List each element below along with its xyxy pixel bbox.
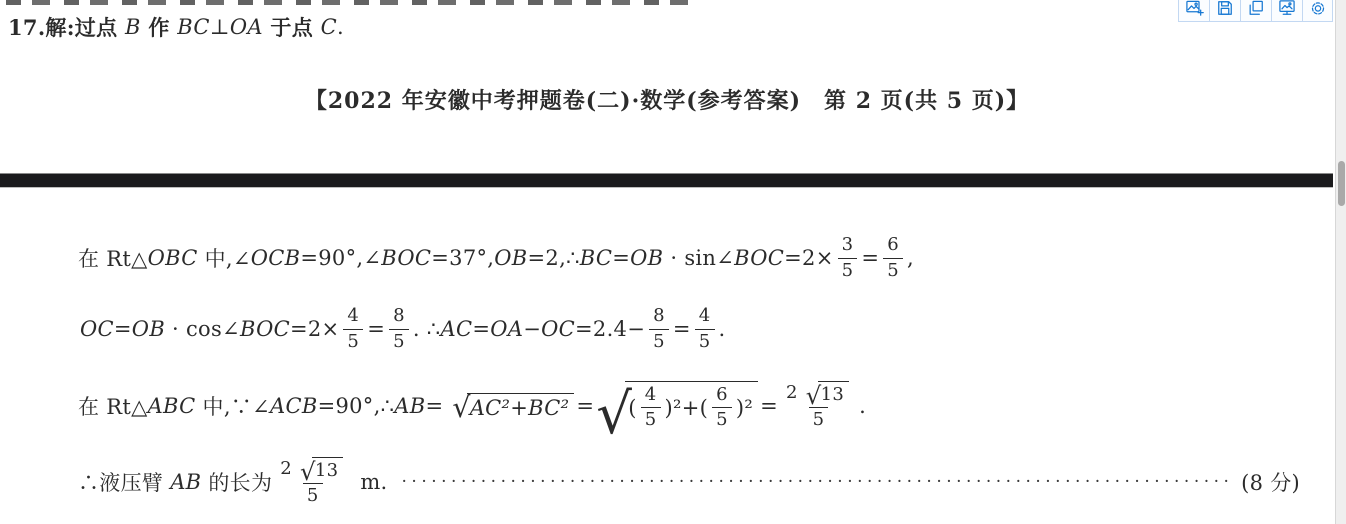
math-text: =	[612, 246, 630, 270]
math-text: =	[760, 394, 778, 418]
radicand: (45)²+(65)²	[625, 381, 758, 432]
math-text: =	[425, 394, 450, 418]
math-text: 17.解:过点	[8, 12, 125, 42]
add-image-button[interactable]	[1178, 0, 1209, 22]
math-text: =2×	[290, 317, 339, 341]
math-text: 13	[315, 460, 339, 483]
radicand: 13	[818, 381, 850, 407]
sqrt-expression: √13	[300, 457, 343, 483]
math-text: .	[337, 15, 344, 39]
math-text: 在 Rt△	[78, 243, 148, 273]
clipped-text-fragments	[6, 0, 694, 5]
denominator: 5	[343, 329, 363, 354]
math-text: 于点	[263, 12, 321, 42]
math-text: )²	[736, 396, 753, 420]
sqrt-expression: √(45)²+(65)²	[596, 381, 758, 432]
math-text: OCB	[251, 246, 301, 270]
numerator: 4	[641, 384, 661, 408]
math-text: BOC	[381, 246, 431, 270]
math-text: =	[472, 317, 490, 341]
fraction: 45	[695, 305, 715, 353]
math-text: =	[861, 246, 879, 270]
math-text: · cos∠	[165, 317, 240, 341]
fraction: 85	[389, 305, 409, 353]
fraction: 85	[649, 305, 669, 353]
math-text: =	[576, 394, 594, 418]
math-text: =90°,∠	[300, 246, 381, 270]
math-text: =2×	[784, 246, 833, 270]
math-text: =90°,∴	[318, 394, 395, 418]
solution-line-1: 在 Rt△OBC 中,∠OCB=90°,∠BOC=37°,OB=2,∴BC=OB…	[78, 226, 914, 290]
fraction: 65	[712, 384, 732, 432]
radical-sign: √	[596, 393, 632, 437]
numerator: 4	[695, 305, 715, 329]
math-text: (8 分)	[1241, 467, 1300, 497]
denominator: 5	[712, 407, 732, 432]
math-text: OC	[80, 317, 114, 341]
math-text: .	[859, 394, 866, 418]
save-button[interactable]	[1209, 0, 1240, 22]
math-text: .	[719, 317, 726, 341]
fraction: 2 √135	[782, 381, 855, 432]
fraction: 2 √135	[276, 457, 349, 508]
math-text: OB	[494, 246, 527, 270]
numerator: 2 √13	[276, 457, 349, 484]
fraction: 45	[641, 384, 661, 432]
math-text: OB	[630, 246, 663, 270]
radical-sign: √	[452, 395, 470, 421]
math-text: =37°,	[431, 246, 494, 270]
scrollbar-track	[1335, 0, 1346, 524]
document-viewer: 17.解:过点 B 作 BC⊥OA 于点 C. 【2022 年安徽中考押题卷(二…	[0, 0, 1346, 524]
math-text: AB	[394, 394, 425, 418]
numerator: 4	[343, 305, 363, 329]
viewer-toolbar	[1178, 0, 1333, 22]
math-text: =2.4−	[575, 317, 645, 341]
math-text: 中,∠	[198, 243, 251, 273]
fraction: 45	[343, 305, 363, 353]
math-text: OC	[541, 317, 575, 341]
dotted-leader: ········································…	[402, 472, 1232, 492]
math-text: BC	[177, 15, 210, 39]
denominator: 5	[389, 329, 409, 354]
math-text: ∴液压臂	[78, 467, 170, 497]
radical-sign: √	[806, 385, 822, 407]
math-text: . ∴	[413, 317, 441, 341]
solution-line-3: 在 Rt△ABC 中,∵∠ACB=90°,∴AB= √AC²+BC²=√(45)…	[78, 364, 866, 448]
add-image-icon	[1184, 0, 1204, 18]
math-text: AB	[170, 470, 201, 494]
math-text: ,	[907, 246, 914, 270]
numerator: 2 √13	[782, 381, 855, 408]
math-text: =2,∴	[528, 246, 580, 270]
math-text: ⊥	[210, 15, 230, 39]
settings-button[interactable]	[1302, 0, 1333, 22]
denominator: 5	[883, 258, 903, 283]
math-text: )²+(	[665, 396, 709, 420]
math-text: BC	[580, 246, 613, 270]
sqrt-expression: √13	[806, 381, 849, 407]
math-text: · sin∠	[663, 246, 734, 270]
math-text: 在 Rt△	[78, 391, 148, 421]
radicand: 13	[312, 457, 344, 483]
numerator: 3	[838, 234, 858, 258]
math-text: AC	[440, 317, 472, 341]
numerator: 8	[389, 305, 409, 329]
numerator: 6	[883, 234, 903, 258]
denominator: 5	[695, 329, 715, 354]
math-text: −	[523, 317, 541, 341]
math-text: ABC	[148, 394, 196, 418]
settings-icon	[1308, 0, 1328, 18]
page-divider-bar	[0, 173, 1333, 188]
math-text: 2	[280, 458, 298, 481]
math-text: m.	[353, 470, 387, 494]
scanned-page: 17.解:过点 B 作 BC⊥OA 于点 C. 【2022 年安徽中考押题卷(二…	[0, 0, 1334, 524]
math-text: OA	[490, 317, 523, 341]
scrollbar-thumb[interactable]	[1338, 161, 1345, 206]
denominator: 5	[303, 483, 323, 508]
fraction: 65	[883, 234, 903, 282]
copy-icon	[1246, 0, 1266, 18]
math-text: 13	[821, 384, 845, 407]
fraction: 35	[838, 234, 858, 282]
math-text: OA	[230, 15, 263, 39]
denominator: 5	[649, 329, 669, 354]
math-text: B	[125, 15, 141, 39]
math-text: BOC	[734, 246, 784, 270]
problem-17-solution-line: 17.解:过点 B 作 BC⊥OA 于点 C.	[8, 12, 344, 42]
math-text: 2	[786, 382, 804, 405]
math-text: 中,∵∠	[196, 391, 270, 421]
radical-sign: √	[300, 461, 316, 483]
numerator: 6	[712, 384, 732, 408]
math-text: 作	[141, 12, 178, 42]
solution-line-2: OC=OB · cos∠BOC=2×45=85. ∴AC=OA−OC=2.4−8…	[80, 296, 726, 362]
math-text: OB	[132, 317, 165, 341]
screenshot-button[interactable]	[1271, 0, 1302, 22]
sqrt-expression: √AC²+BC²	[452, 393, 574, 420]
math-text: OBC	[148, 246, 198, 270]
copy-button[interactable]	[1240, 0, 1271, 22]
math-text: =	[114, 317, 132, 341]
numerator: 8	[649, 305, 669, 329]
math-text: BOC	[240, 317, 290, 341]
math-text: AC²+BC²	[470, 396, 570, 420]
denominator: 5	[809, 407, 829, 432]
screenshot-icon	[1277, 0, 1297, 18]
math-text: 的长为	[201, 467, 272, 497]
denominator: 5	[838, 258, 858, 283]
math-text: =	[367, 317, 385, 341]
math-text: C	[321, 15, 337, 39]
save-icon	[1215, 0, 1235, 18]
denominator: 5	[641, 407, 661, 432]
radicand: AC²+BC²	[467, 393, 575, 420]
page-title: 【2022 年安徽中考押题卷(二)·数学(参考答案) 第 2 页(共 5 页)】	[0, 84, 1334, 115]
math-text: =	[673, 317, 691, 341]
solution-line-4: ∴液压臂 AB 的长为2 √135 m.····················…	[78, 444, 1300, 520]
math-text: ACB	[270, 394, 318, 418]
